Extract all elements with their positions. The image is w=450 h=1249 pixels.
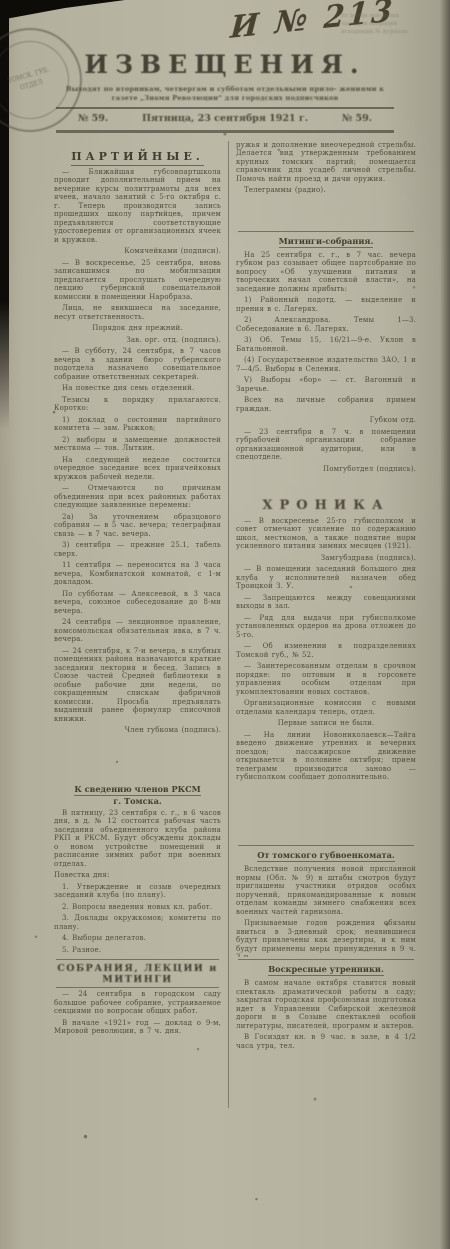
agenda-item: 5. Разное. <box>54 946 221 955</box>
paragraph: — 24 сентября в городском саду большое р… <box>54 990 221 1016</box>
notice-heading-line1: К сведению членов РКСМ <box>74 784 200 796</box>
scan-edge-right <box>440 0 450 1249</box>
list-item: 3) Об. Темы 15, 16/21—9-е. Уклон в Батал… <box>236 336 416 353</box>
paragraph: — В воскресенье, 25 сентября, вновь запи… <box>54 259 221 302</box>
faded-stamp-line1: по делам заведения <box>341 12 446 20</box>
paragraph: Порядок дня прежний. <box>54 324 221 333</box>
signature: Телеграммы (радио). <box>236 186 416 195</box>
list-item: 1) доклад о состоянии партийного комитет… <box>54 416 221 433</box>
signature: Зав. орг. отд. (подпись). <box>54 336 221 345</box>
issue-number-left: № 59. <box>78 113 108 124</box>
agenda-item: 4. Выборы делегатов. <box>54 934 221 943</box>
rule <box>56 987 219 988</box>
paragraph: Лица, не явившиеся на заседание, несут о… <box>54 304 221 321</box>
issue-number-right: № 59. <box>342 113 372 124</box>
signature: Замгубздрава (подпись). <box>236 554 416 563</box>
paragraph: В Госиздат кн. в 9 час. в зале, в 4 1/2 … <box>236 1033 416 1050</box>
paragraph: — Ближайшая губсовпартшкола проводит доп… <box>54 168 221 245</box>
ornament-heading: ХРОНИКА <box>236 498 416 513</box>
list-item: V) Выборы «бор» — ст. Вагонный и Заречье… <box>236 376 416 393</box>
signature: Помгуботдел (подпись). <box>236 465 416 474</box>
party-section-heading: ПАРТИЙНЫЕ. <box>54 145 221 166</box>
matinee-heading: Воскресные утренники. <box>236 964 416 976</box>
list-item: 2а) За уточнением образцового собрания —… <box>54 513 221 539</box>
paragraph: — В помещении заседаний большого дня клу… <box>236 565 416 591</box>
paragraph: Вследствие получения новой присланной но… <box>236 865 416 916</box>
scan-edge-top-left <box>0 0 125 20</box>
rule <box>56 959 219 960</box>
notice-heading: К сведению членов РКСМ г. Томска. <box>54 784 221 806</box>
paragraph: В начале «1921» год — доклад о 9-м, Миро… <box>54 1019 221 1036</box>
paragraph: — Заинтересованным отделам в срочном пор… <box>236 662 416 696</box>
agenda-item: 1. Утверждение и созыв очередных заседан… <box>54 883 221 900</box>
rule <box>238 231 414 232</box>
list-item: 2) выборы и замещение должностей местком… <box>54 436 221 453</box>
list-item: 2) Александрова. Темы 1—3. Собеседование… <box>236 316 416 333</box>
newspaper-title: ИЗВЕЩЕНИЯ. <box>30 50 420 79</box>
paragraph: На повестке дня семь отделений. <box>54 384 221 393</box>
paragraph: ружья и дополнение внеочередной стрельбы… <box>236 141 416 184</box>
paragraph: В пятницу, 23 сентября с. г., в 6 часов … <box>54 809 221 869</box>
paragraph: На следующей неделе состоится очередное … <box>54 456 221 482</box>
notice-heading-line2: г. Томска. <box>113 796 161 806</box>
notice-body: В пятницу, 23 сентября с. г., в 6 часов … <box>54 809 221 957</box>
faded-ink-stamp: по делам заведения часы для операций исх… <box>341 12 446 36</box>
agenda-item: 3. Доклады окружкомов; комитеты по плану… <box>54 914 221 931</box>
faded-stamp-line3: исходящий № журнала <box>341 28 446 36</box>
paragraph: В самом начале октября ставится новый сп… <box>236 979 416 1030</box>
paragraph: — Об изменении в подразделениях Томской … <box>236 642 416 659</box>
paragraph: Тезисы к порядку прилагаются. Коротко: <box>54 396 221 413</box>
signature: Член губкома (подпись). <box>54 726 221 735</box>
signature: Губком отд. <box>236 416 416 425</box>
meetings-body: На 25 сентября с. г., в 7 час. вечера гу… <box>236 251 416 493</box>
rule <box>238 959 414 960</box>
masthead-subtitle: Выходят по вторникам, четвергам и суббот… <box>30 85 420 102</box>
meetings-heading: Митинги-собрания. <box>236 236 416 248</box>
paragraph: — В субботу, 24 сентября, в 7 часов вече… <box>54 347 221 381</box>
party-section-body: — Ближайшая губсовпартшкола проводит доп… <box>54 168 221 780</box>
meetings-banner-body: — 24 сентября в городском саду большое р… <box>54 990 221 1108</box>
left-column: ПАРТИЙНЫЕ. — Ближайшая губсовпартшкола п… <box>54 141 228 1108</box>
meetings-banner-heading: СОБРАНИЯ, ЛЕКЦИИ и МИТИНГИ <box>54 963 221 985</box>
body-columns: ПАРТИЙНЫЕ. — Ближайшая губсовпартшкола п… <box>0 139 450 1108</box>
matinee-body: В самом начале октября ставится новый сп… <box>236 979 416 1065</box>
signature: Комячейками (подписи). <box>54 247 221 256</box>
paragraph: — Отмечаются по причинам объединения при… <box>54 484 221 510</box>
subtitle-line1: Выходят по вторникам, четвергам и суббот… <box>66 85 337 93</box>
list-item: 24 сентября — лекционное правление, комс… <box>54 618 221 644</box>
issue-date: Пятница, 23 сентября 1921 г. <box>142 113 308 124</box>
right-column: ружья и дополнение внеочередной стрельбы… <box>228 141 416 1108</box>
paragraph: Всех на личные собрания примем граждан. <box>236 396 416 413</box>
military-heading: От томского губвоенкомата. <box>236 850 416 862</box>
paragraph: Призываемые годов рождения обязаны явить… <box>236 919 416 957</box>
rule <box>238 845 414 846</box>
list-item: (4) Государственное издательство ЗАО, 1 … <box>236 356 416 373</box>
paragraph: — Ряд для выдачи при губисполкоме устано… <box>236 614 416 640</box>
faded-stamp-line2: часы для операций <box>341 20 446 28</box>
list-item: По субботам — Алексеевой, в 3 часа вечер… <box>54 590 221 616</box>
paragraph: — На линии Новониколаевск—Тайга введено … <box>236 731 416 782</box>
paragraph: — Запрещаются между совещаниями выходы в… <box>236 594 416 611</box>
newspaper-scan-page: ТОМСК. ГУБ. ОТДЕЛ И № 213 по делам завед… <box>0 0 450 1249</box>
masthead: ИЗВЕЩЕНИЯ. Выходят по вторникам, четверг… <box>0 50 450 139</box>
agenda-item: 2. Вопросы введения новых кл. работ. <box>54 903 221 912</box>
paragraph: — В воскресенье 25-го губисполком и сове… <box>236 517 416 551</box>
paragraph: На 25 сентября с. г., в 7 час. вечера гу… <box>236 251 416 294</box>
right-top-body: ружья и дополнение внеочередной стрельбы… <box>236 141 416 229</box>
paragraph: — 24 сентября, к 7-и вечера, в клубных п… <box>54 647 221 724</box>
chronicle-body: — В воскресенье 25-го губисполком и сове… <box>236 517 416 843</box>
paragraph: Первые записи не были. <box>236 719 416 728</box>
list-item: 1) Районный подотд. — выделение и прения… <box>236 296 416 313</box>
military-body: Вследствие получения новой присланной но… <box>236 865 416 957</box>
dateline: № 59. Пятница, 23 сентября 1921 г. № 59. <box>30 109 420 126</box>
paragraph: Организационные комиссии с новыми отдела… <box>236 699 416 716</box>
paragraph: — 23 сентября в 7 ч. в помещении губрабо… <box>236 428 416 462</box>
list-item: 11 сентября — переносится на 3 часа вече… <box>54 561 221 587</box>
agenda-label: Повестка дня: <box>54 871 221 880</box>
masthead-ornament: * <box>30 133 420 139</box>
list-item: 3) сентября — прежние 25.1, табель сверх… <box>54 541 221 558</box>
